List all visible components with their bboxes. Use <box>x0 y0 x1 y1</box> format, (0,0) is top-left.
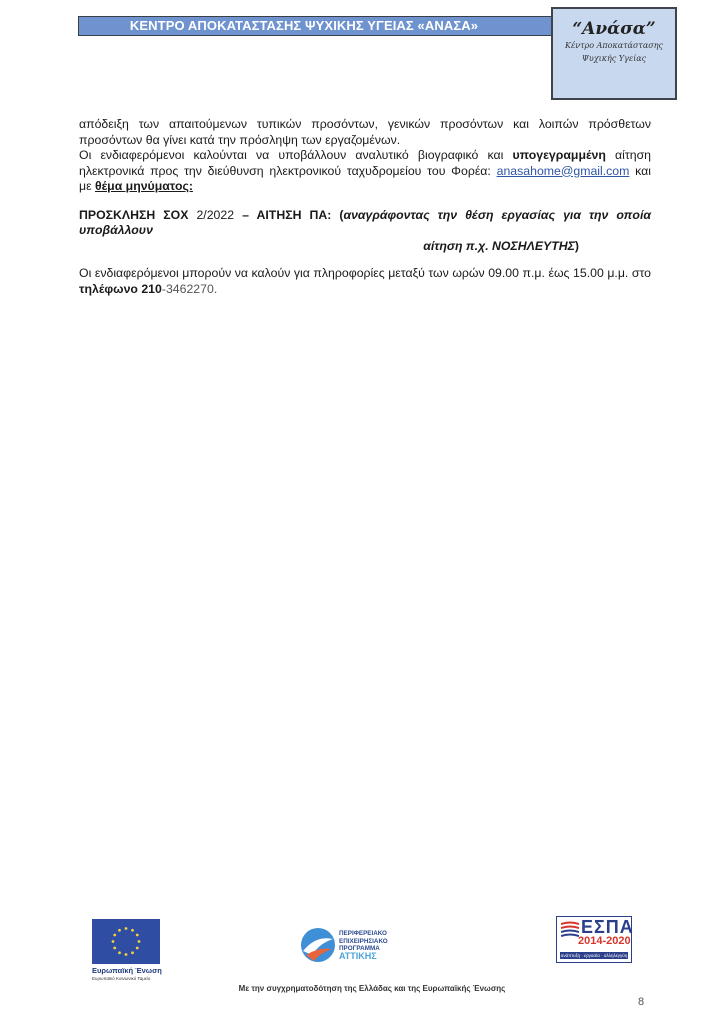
para2-line3: με θέμα μηνύματος: <box>79 179 651 195</box>
attiki-line: ΕΠΙΧΕΙΡΗΣΙΑΚΟ <box>339 938 388 946</box>
subject-prefix: ΠΡΟΣΚΛΗΣΗ ΣΟΧ <box>79 208 196 222</box>
text: ηλεκτρονικά προς την διεύθυνση ηλεκτρονι… <box>79 164 497 178</box>
logo-subtitle-1: Κέντρο Αποκατάστασης <box>553 39 675 52</box>
phone-number: -3462270. <box>162 282 217 296</box>
phone-label: τηλέφωνο 210 <box>79 282 162 296</box>
page-number: 8 <box>638 996 644 1008</box>
subject-code: 2/2022 <box>196 208 234 222</box>
subject-italic-2: αίτηση π.χ. ΝΟΣΗΛΕΥΤΗΣ <box>423 239 575 253</box>
subject-line2: αίτηση π.χ. ΝΟΣΗΛΕΥΤΗΣ) <box>79 239 651 255</box>
subject-mid: – ΑΙΤΗΣΗ ΠΑ: ( <box>234 208 343 222</box>
emphasis-signed: υπογεγραμμένη <box>513 148 606 162</box>
info-line2: τηλέφωνο 210-3462270. <box>79 282 651 298</box>
info-line1: Οι ενδιαφερόμενοι μπορούν να καλούν για … <box>79 266 651 282</box>
text: αίτηση <box>606 148 651 162</box>
attiki-program-logo: ΠΕΡΙΦΕΡΕΙΑΚΟ ΕΠΙΧΕΙΡΗΣΙΑΚΟ ΠΡΟΓΡΑΜΜΑ ΑΤΤ… <box>298 925 398 970</box>
espa-years: 2014-2020 <box>578 935 631 947</box>
para1-line2: προσόντων θα γίνει κατά την πρόσληψη των… <box>79 133 651 149</box>
text: με <box>79 179 95 193</box>
para2-line2: ηλεκτρονικά προς την διεύθυνση ηλεκτρονι… <box>79 164 651 180</box>
attiki-line: ΑΤΤΙΚΗΣ <box>339 953 388 961</box>
eu-stars-icon <box>92 919 160 964</box>
email-link[interactable]: anasahome@gmail.com <box>497 164 630 178</box>
text: και <box>629 164 651 178</box>
organization-logo: “Ανάσα” Κέντρο Αποκατάστασης Ψυχικής Υγε… <box>551 7 677 100</box>
subject-line1: ΠΡΟΣΚΛΗΣΗ ΣΟΧ 2/2022 – ΑΙΤΗΣΗ ΠΑ: (αναγρ… <box>79 208 651 239</box>
eu-sublabel: Ευρωπαϊκό Κοινωνικό Ταμείο <box>92 976 150 981</box>
subject-close: ) <box>575 239 579 253</box>
para2-line1: Οι ενδιαφερόμενοι καλούνται να υποβάλλου… <box>79 148 651 164</box>
logo-title: “Ανάσα” <box>553 19 675 39</box>
logo-subtitle-2: Ψυχικής Υγείας <box>553 52 675 65</box>
espa-stripes-icon <box>561 921 579 939</box>
text: Οι ενδιαφερόμενοι καλούνται να υποβάλλου… <box>79 148 513 162</box>
cofunding-text: Με την συγχρηματοδότηση της Ελλάδας και … <box>0 984 724 993</box>
header-banner: ΚΕΝΤΡΟ ΑΠΟΚΑΤΑΣΤΑΣΗΣ ΨΥΧΙΚΗΣ ΥΓΕΙΑΣ «ΑΝΑ… <box>78 16 553 36</box>
document-body: απόδειξη των απαιτούμενων τυπικών προσόν… <box>79 117 651 297</box>
attiki-line: ΠΕΡΙΦΕΡΕΙΑΚΟ <box>339 930 388 938</box>
attiki-swirl-icon <box>298 925 338 965</box>
eu-label: Ευρωπαϊκή Ένωση <box>92 966 162 975</box>
espa-tagline: ανάπτυξη · εργασία · αλληλεγγύη <box>560 952 628 959</box>
banner-title: ΚΕΝΤΡΟ ΑΠΟΚΑΤΑΣΤΑΣΗΣ ΨΥΧΙΚΗΣ ΥΓΕΙΑΣ «ΑΝΑ… <box>79 17 553 35</box>
attiki-text: ΠΕΡΙΦΕΡΕΙΑΚΟ ΕΠΙΧΕΙΡΗΣΙΑΚΟ ΠΡΟΓΡΑΜΜΑ ΑΤΤ… <box>339 930 388 960</box>
eu-flag-logo <box>92 919 160 964</box>
para1-line1: απόδειξη των απαιτούμενων τυπικών προσόν… <box>79 117 651 133</box>
message-subject-label: θέμα μηνύματος: <box>95 179 193 193</box>
espa-logo: ΕΣΠΑ 2014-2020 ανάπτυξη · εργασία · αλλη… <box>556 916 632 963</box>
